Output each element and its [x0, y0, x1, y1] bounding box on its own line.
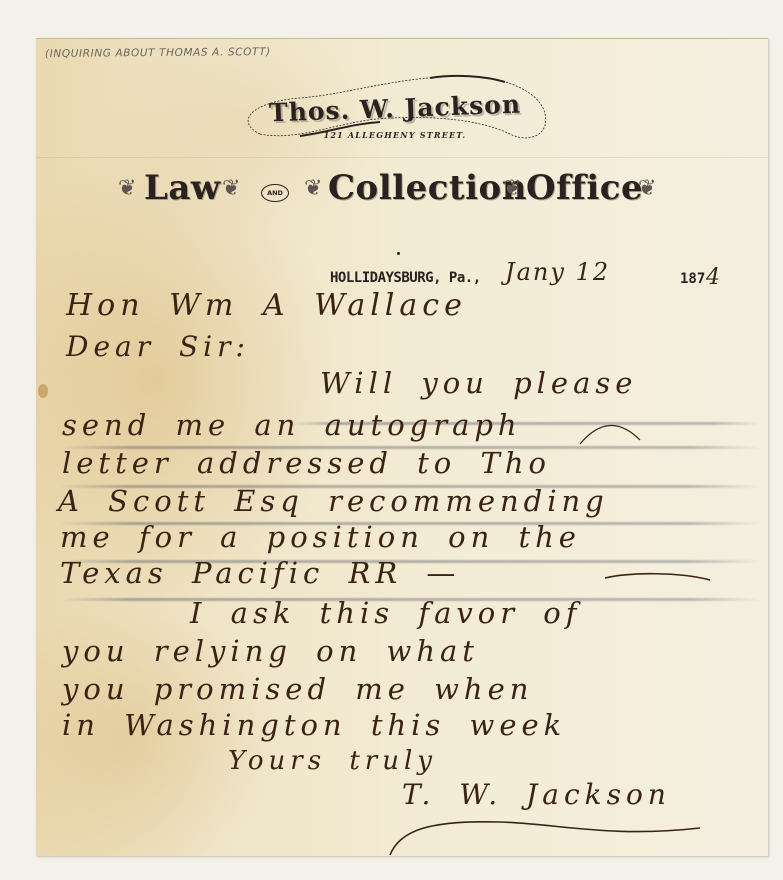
printed-year: 187 — [680, 271, 705, 287]
body-line: Texas Pacific RR — — [60, 556, 460, 590]
ornament-icon: ❦ — [118, 176, 136, 201]
handwritten-date: Jany 12 — [505, 258, 610, 286]
body-line: letter addressed to Tho — [62, 446, 551, 480]
office-word-and: AND — [261, 184, 289, 202]
letterhead-address: 121 ALLEGHENY STREET. — [240, 130, 550, 140]
dash-flourish-icon — [600, 560, 740, 600]
signature-flourish-icon — [380, 800, 710, 860]
letterhead-name-cartouche: Thos. W. Jackson 121 ALLEGHENY STREET. — [240, 72, 550, 152]
body-line: in Washington this week — [62, 708, 566, 742]
body-line: you promised me when — [62, 672, 533, 706]
pencil-annotation: (INQUIRING ABOUT THOMAS A. SCOTT) — [45, 46, 271, 60]
ink-stain — [38, 384, 48, 398]
body-line: me for a position on the — [60, 520, 581, 554]
pen-flourish-icon — [560, 410, 760, 450]
body-line: Will you please — [320, 366, 637, 400]
body-line: I ask this favor of — [190, 596, 581, 630]
closing: Yours truly — [228, 746, 437, 776]
handwritten-year-digit: 4 — [706, 265, 720, 290]
ornament-icon: ❦ — [222, 176, 240, 201]
printer-dot — [397, 252, 400, 255]
office-word-collection: Collection — [328, 168, 527, 208]
addressee: Hon Wm A Wallace — [66, 288, 467, 323]
office-word-office: Office — [526, 168, 643, 208]
place-line: HOLLIDAYSBURG, Pa., — [330, 270, 481, 286]
ornament-icon: ❦ — [503, 176, 521, 201]
body-line: A Scott Esq recommending — [58, 484, 609, 518]
letterhead-office-line: ❦ Law ❦ AND ❦ Collection ❦ Office ❦ — [118, 158, 678, 228]
body-line: send me an autograph — [62, 408, 522, 442]
ornament-icon: ❦ — [304, 176, 322, 201]
body-line: you relying on what — [62, 634, 479, 668]
ornament-icon: ❦ — [638, 176, 656, 201]
greeting: Dear Sir: — [66, 330, 250, 363]
office-word-law: Law — [144, 168, 221, 208]
